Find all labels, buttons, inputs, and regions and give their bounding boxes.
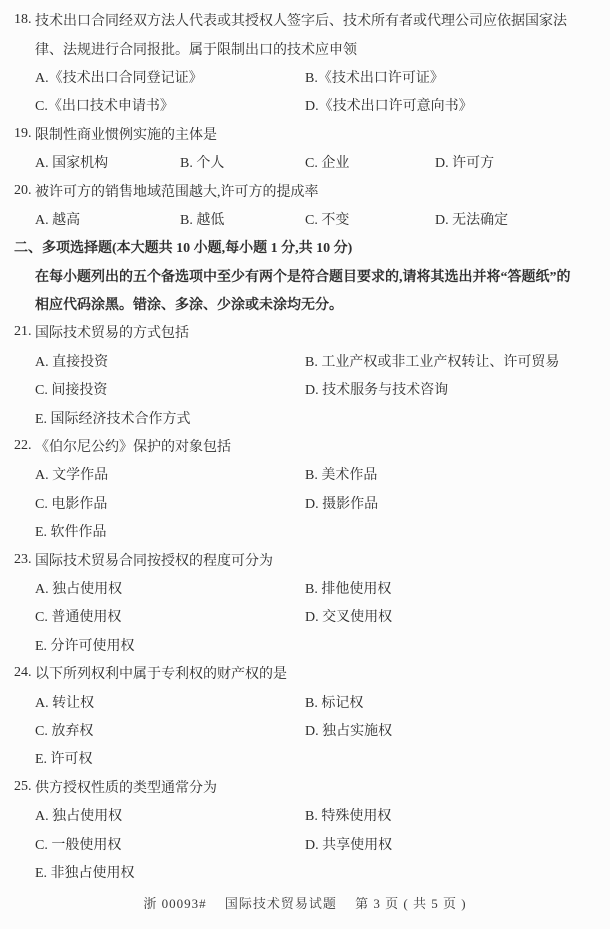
- question-20-number: 20.: [14, 183, 35, 199]
- question-23-option-e: E. 分许可使用权: [14, 631, 596, 659]
- question-22-option-d: D. 摄影作品: [305, 493, 596, 513]
- question-21-stem-line: 21. 国际技术贸易的方式包括: [14, 318, 596, 346]
- question-23-option-a: A. 独占使用权: [35, 578, 305, 598]
- question-22-option-e: E. 软件作品: [14, 517, 596, 545]
- question-18-stem-line1: 18. 技术出口合同经双方法人代表或其授权人签字后、技术所有者或代理公司应依据国…: [14, 6, 596, 34]
- question-23: 23. 国际技术贸易合同按授权的程度可分为 A. 独占使用权 B. 排他使用权 …: [14, 545, 596, 659]
- question-23-stem: 国际技术贸易合同按授权的程度可分为: [35, 550, 273, 570]
- question-18-option-c: C.《出口技术申请书》: [35, 95, 305, 115]
- question-22-option-a: A. 文学作品: [35, 464, 305, 484]
- question-24-option-a: A. 转让权: [35, 692, 305, 712]
- question-21-option-b: B. 工业产权或非工业产权转让、许可贸易: [305, 351, 596, 371]
- question-19-options-row: A. 国家机构 B. 个人 C. 企业 D. 许可方: [14, 148, 596, 176]
- question-19-option-b: B. 个人: [180, 152, 305, 172]
- question-24-number: 24.: [14, 665, 35, 681]
- question-19-stem: 限制性商业惯例实施的主体是: [35, 124, 217, 144]
- question-20-option-a: A. 越高: [35, 209, 180, 229]
- question-19-number: 19.: [14, 126, 35, 142]
- question-23-options-row-1: A. 独占使用权 B. 排他使用权: [14, 574, 596, 602]
- question-21-number: 21.: [14, 324, 35, 340]
- section-2-instruction-1: 在每小题列出的五个备选项中至少有两个是符合题目要求的,请将其选出并将“答题纸”的: [14, 262, 596, 290]
- question-20-stem-line: 20. 被许可方的销售地域范围越大,许可方的提成率: [14, 176, 596, 204]
- question-21-option-a: A. 直接投资: [35, 351, 305, 371]
- question-21-options-row-2: C. 间接投资 D. 技术服务与技术咨询: [14, 375, 596, 403]
- exam-page: 18. 技术出口合同经双方法人代表或其授权人签字后、技术所有者或代理公司应依据国…: [0, 0, 610, 929]
- question-19-stem-line: 19. 限制性商业惯例实施的主体是: [14, 120, 596, 148]
- question-20-stem: 被许可方的销售地域范围越大,许可方的提成率: [35, 181, 319, 201]
- question-24-option-c: C. 放弃权: [35, 720, 305, 740]
- question-25-option-c: C. 一般使用权: [35, 834, 305, 854]
- question-22-options-row-2: C. 电影作品 D. 摄影作品: [14, 489, 596, 517]
- question-23-options-row-2: C. 普通使用权 D. 交叉使用权: [14, 602, 596, 630]
- question-21-options-row-1: A. 直接投资 B. 工业产权或非工业产权转让、许可贸易: [14, 347, 596, 375]
- question-24-options-row-2: C. 放弃权 D. 独占实施权: [14, 716, 596, 744]
- question-19: 19. 限制性商业惯例实施的主体是 A. 国家机构 B. 个人 C. 企业 D.…: [14, 120, 596, 177]
- question-19-option-a: A. 国家机构: [35, 152, 180, 172]
- question-21-option-c: C. 间接投资: [35, 379, 305, 399]
- question-22: 22. 《伯尔尼公约》保护的对象包括 A. 文学作品 B. 美术作品 C. 电影…: [14, 432, 596, 546]
- section-2-title: 二、多项选择题(本大题共 10 小题,每小题 1 分,共 10 分): [14, 233, 596, 261]
- question-20: 20. 被许可方的销售地域范围越大,许可方的提成率 A. 越高 B. 越低 C.…: [14, 176, 596, 233]
- question-18-option-a: A.《技术出口合同登记证》: [35, 67, 305, 87]
- question-21-stem: 国际技术贸易的方式包括: [35, 322, 189, 342]
- question-24-stem-line: 24. 以下所列权利中属于专利权的财产权的是: [14, 659, 596, 687]
- question-22-option-c: C. 电影作品: [35, 493, 305, 513]
- question-18-option-d: D.《技术出口许可意向书》: [305, 95, 596, 115]
- question-24-option-e: E. 许可权: [14, 744, 596, 772]
- question-22-stem: 《伯尔尼公约》保护的对象包括: [35, 436, 231, 456]
- question-25-option-b: B. 特殊使用权: [305, 805, 596, 825]
- question-18-option-b: B.《技术出口许可证》: [305, 67, 596, 87]
- question-25-option-e: E. 非独占使用权: [14, 858, 596, 886]
- question-25-stem-line: 25. 供方授权性质的类型通常分为: [14, 773, 596, 801]
- question-19-option-d: D. 许可方: [435, 152, 596, 172]
- question-25-stem: 供方授权性质的类型通常分为: [35, 777, 217, 797]
- question-18-stem-line2: 律、法规进行合同报批。属于限制出口的技术应申领: [14, 34, 596, 62]
- question-20-option-c: C. 不变: [305, 209, 435, 229]
- question-18-options-row-2: C.《出口技术申请书》 D.《技术出口许可意向书》: [14, 91, 596, 119]
- section-2-instruction-2: 相应代码涂黑。错涂、多涂、少涂或未涂均无分。: [14, 290, 596, 318]
- question-25-options-row-2: C. 一般使用权 D. 共享使用权: [14, 829, 596, 857]
- question-20-option-d: D. 无法确定: [435, 209, 596, 229]
- section-2-header: 二、多项选择题(本大题共 10 小题,每小题 1 分,共 10 分) 在每小题列…: [14, 233, 596, 318]
- question-22-option-b: B. 美术作品: [305, 464, 596, 484]
- question-22-number: 22.: [14, 438, 35, 454]
- question-24-option-d: D. 独占实施权: [305, 720, 596, 740]
- question-25-option-d: D. 共享使用权: [305, 834, 596, 854]
- question-24-stem: 以下所列权利中属于专利权的财产权的是: [35, 663, 287, 683]
- question-25: 25. 供方授权性质的类型通常分为 A. 独占使用权 B. 特殊使用权 C. 一…: [14, 773, 596, 887]
- question-20-option-b: B. 越低: [180, 209, 305, 229]
- question-22-options-row-1: A. 文学作品 B. 美术作品: [14, 460, 596, 488]
- question-18-stem: 技术出口合同经双方法人代表或其授权人签字后、技术所有者或代理公司应依据国家法: [35, 10, 567, 30]
- question-23-number: 23.: [14, 552, 35, 568]
- question-20-options-row: A. 越高 B. 越低 C. 不变 D. 无法确定: [14, 205, 596, 233]
- page-footer: 浙 00093# 国际技术贸易试题 第 3 页 ( 共 5 页 ): [14, 893, 596, 912]
- question-18-number: 18.: [14, 12, 35, 28]
- question-25-options-row-1: A. 独占使用权 B. 特殊使用权: [14, 801, 596, 829]
- question-18-options-row-1: A.《技术出口合同登记证》 B.《技术出口许可证》: [14, 63, 596, 91]
- question-21-option-d: D. 技术服务与技术咨询: [305, 379, 596, 399]
- question-23-option-d: D. 交叉使用权: [305, 606, 596, 626]
- question-23-option-b: B. 排他使用权: [305, 578, 596, 598]
- question-18: 18. 技术出口合同经双方法人代表或其授权人签字后、技术所有者或代理公司应依据国…: [14, 6, 596, 120]
- question-21-option-e: E. 国际经济技术合作方式: [14, 403, 596, 431]
- question-25-option-a: A. 独占使用权: [35, 805, 305, 825]
- question-24: 24. 以下所列权利中属于专利权的财产权的是 A. 转让权 B. 标记权 C. …: [14, 659, 596, 773]
- question-19-option-c: C. 企业: [305, 152, 435, 172]
- question-24-option-b: B. 标记权: [305, 692, 596, 712]
- question-25-number: 25.: [14, 779, 35, 795]
- question-24-options-row-1: A. 转让权 B. 标记权: [14, 687, 596, 715]
- question-23-stem-line: 23. 国际技术贸易合同按授权的程度可分为: [14, 545, 596, 573]
- question-21: 21. 国际技术贸易的方式包括 A. 直接投资 B. 工业产权或非工业产权转让、…: [14, 318, 596, 432]
- question-22-stem-line: 22. 《伯尔尼公约》保护的对象包括: [14, 432, 596, 460]
- question-23-option-c: C. 普通使用权: [35, 606, 305, 626]
